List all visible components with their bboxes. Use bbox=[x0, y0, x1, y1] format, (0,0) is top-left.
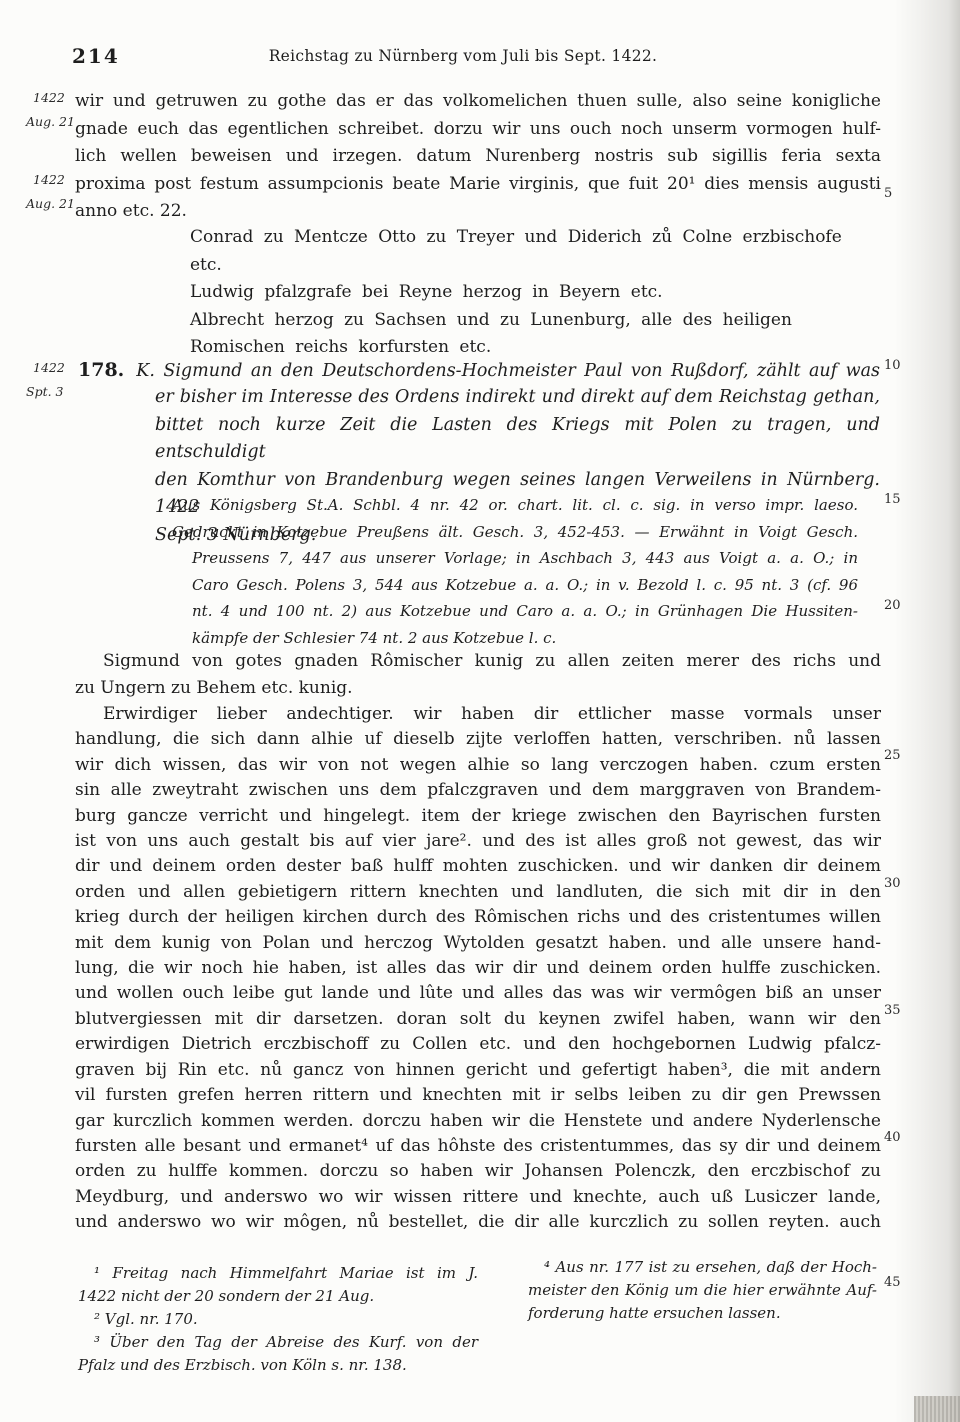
margin-note-year: 1422 bbox=[26, 86, 80, 110]
line-number: 20 bbox=[884, 598, 901, 613]
text-line: sin alle zweytraht zwischen uns dem pfal… bbox=[75, 778, 881, 803]
margin-note-date: 1422 Spt. 3 bbox=[26, 356, 80, 404]
text-line: orden und allen gebietigern rittern knec… bbox=[75, 880, 881, 905]
doc178-headnote-text: K. Sigmund an den Deutschordens-Hochmeis… bbox=[136, 361, 880, 381]
doc178-number: 178. bbox=[78, 359, 124, 381]
text-line: und wollen ouch leibe gut lande und lûte… bbox=[75, 981, 881, 1006]
text-line: blutvergiessen mit dir darsetzen. doran … bbox=[75, 1007, 881, 1032]
margin-note-year: 1422 bbox=[26, 168, 80, 192]
margin-note-date: 1422 Aug. 21 bbox=[26, 86, 80, 134]
footnote-line: Pfalz und des Erzbisch. von Köln s. nr. … bbox=[78, 1354, 478, 1377]
text-line: lich wellen beweisen und irzegen. datum … bbox=[75, 143, 881, 171]
line-number: 30 bbox=[884, 876, 901, 891]
text-line: mit dem kunig von Polan und herczog Wyto… bbox=[75, 931, 881, 956]
text-line: burg gancze verricht und hingelegt. item… bbox=[75, 804, 881, 829]
text-line: nt. 4 und 100 nt. 2) aus Kotzebue und Ca… bbox=[172, 598, 858, 625]
text-line: Gedruckt in Kotzebue Preußens ält. Gesch… bbox=[172, 519, 858, 546]
text-line: anno etc. 22. bbox=[75, 198, 881, 226]
footnote-line: ¹ Freitag nach Himmelfahrt Mariae ist im… bbox=[78, 1262, 478, 1285]
text-line: fursten alle besant und ermanet⁴ uf das … bbox=[75, 1134, 881, 1159]
text-line: wir und getruwen zu gothe das er das vol… bbox=[75, 88, 881, 116]
doc178-letter-intitulatio: Sigmund von gotes gnaden Rômischer kunig… bbox=[75, 648, 881, 702]
line-number: 15 bbox=[884, 492, 901, 507]
footnote-column-right: ⁴ Aus nr. 177 ist zu ersehen, daß der Ho… bbox=[528, 1256, 877, 1325]
doc177-electors-list: Conrad zu Mentcze Otto zu Treyer und Did… bbox=[190, 224, 882, 362]
doc178-letter-body: Erwirdiger lieber andechtiger. wir haben… bbox=[75, 702, 881, 1236]
line-number: 45 bbox=[884, 1275, 901, 1290]
margin-note-day: Aug. 21 bbox=[26, 192, 80, 216]
text-line: handlung, die sich dann alhie uf dieselb… bbox=[75, 727, 881, 752]
text-line: wir dich wissen, das wir von not wegen a… bbox=[75, 753, 881, 778]
footnote-line: 1422 nicht der 20 sondern der 21 Aug. bbox=[78, 1285, 478, 1308]
text-line: Meydburg, und anderswo wo wir wissen rit… bbox=[75, 1185, 881, 1210]
doc178-source-note: Aus Königsberg St.A. Schbl. 4 nr. 42 or.… bbox=[172, 492, 858, 651]
text-line: Albrecht herzog zu Sachsen und zu Lunenb… bbox=[190, 307, 882, 335]
text-line: Caro Gesch. Polens 3, 544 aus Kotzebue a… bbox=[172, 572, 858, 599]
doc178-headnote-first-line: 178.K. Sigmund an den Deutschordens-Hoch… bbox=[78, 357, 880, 386]
line-number: 40 bbox=[884, 1130, 901, 1145]
text-line: lung, die wir noch hie haben, ist alles … bbox=[75, 956, 881, 981]
text-line: gnade euch das egentlichen schreibet. do… bbox=[75, 116, 881, 144]
doc177-closing-paragraph: wir und getruwen zu gothe das er das vol… bbox=[75, 88, 881, 226]
binding-shadow bbox=[894, 0, 960, 1422]
text-line: Preussens 7, 447 aus unserer Vorlage; in… bbox=[172, 545, 858, 572]
text-line: proxima post festum assumpcionis beate M… bbox=[75, 171, 881, 199]
footnote-line: forderung hatte ersuchen lassen. bbox=[528, 1302, 877, 1325]
text-line: krieg durch der heiligen kirchen durch d… bbox=[75, 905, 881, 930]
text-line: er bisher im Interesse des Ordens indire… bbox=[155, 384, 880, 412]
margin-note-date: 1422 Aug. 21 bbox=[26, 168, 80, 216]
footnote-line: ² Vgl. nr. 170. bbox=[78, 1308, 478, 1331]
text-line: erwirdigen Dietrich erczbischoff zu Coll… bbox=[75, 1032, 881, 1057]
footnote-line: meister den König um die hier erwähnte A… bbox=[528, 1279, 877, 1302]
line-number: 10 bbox=[884, 358, 901, 373]
text-line: orden zu hulffe kommen. dorczu so haben … bbox=[75, 1159, 881, 1184]
text-line: bittet noch kurze Zeit die Lasten des Kr… bbox=[155, 412, 880, 467]
line-number: 35 bbox=[884, 1003, 901, 1018]
text-line: Ludwig pfalzgrafe bei Reyne herzog in Be… bbox=[190, 279, 882, 307]
running-header: Reichstag zu Nürnberg vom Juli bis Sept.… bbox=[60, 47, 866, 65]
text-line: ist von uns auch gestalt bis auf vier ja… bbox=[75, 829, 881, 854]
line-number: 5 bbox=[884, 186, 892, 201]
text-line: dir und deinem orden dester baß hulff mo… bbox=[75, 854, 881, 879]
text-line: gar kurczlich kommen werden. dorczu habe… bbox=[75, 1109, 881, 1134]
text-line: vil fursten grefen herren rittern und kn… bbox=[75, 1083, 881, 1108]
line-number: 25 bbox=[884, 748, 901, 763]
margin-note-year: 1422 bbox=[26, 356, 80, 380]
footnote-line: ⁴ Aus nr. 177 ist zu ersehen, daß der Ho… bbox=[528, 1256, 877, 1279]
text-line: Erwirdiger lieber andechtiger. wir haben… bbox=[75, 702, 881, 727]
text-line: graven bij Rin etc. nů gancz von hinnen … bbox=[75, 1058, 881, 1083]
text-line: zu Ungern zu Behem etc. kunig. bbox=[75, 675, 881, 702]
text-line: Aus Königsberg St.A. Schbl. 4 nr. 42 or.… bbox=[172, 492, 858, 519]
text-line: und anderswo wo wir môgen, nů bestellet,… bbox=[75, 1210, 881, 1235]
scan-corner-texture bbox=[914, 1396, 960, 1422]
margin-note-day: Aug. 21 bbox=[26, 110, 80, 134]
footnote-line: ³ Über den Tag der Abreise des Kurf. von… bbox=[78, 1331, 478, 1354]
margin-note-day: Spt. 3 bbox=[26, 380, 80, 404]
text-line: Conrad zu Mentcze Otto zu Treyer und Did… bbox=[190, 224, 882, 279]
footnote-column-left: ¹ Freitag nach Himmelfahrt Mariae ist im… bbox=[78, 1262, 478, 1377]
text-line: Sigmund von gotes gnaden Rômischer kunig… bbox=[75, 648, 881, 675]
page: { "colors": { "paper": "#fcfcfa", "ink":… bbox=[0, 0, 960, 1422]
